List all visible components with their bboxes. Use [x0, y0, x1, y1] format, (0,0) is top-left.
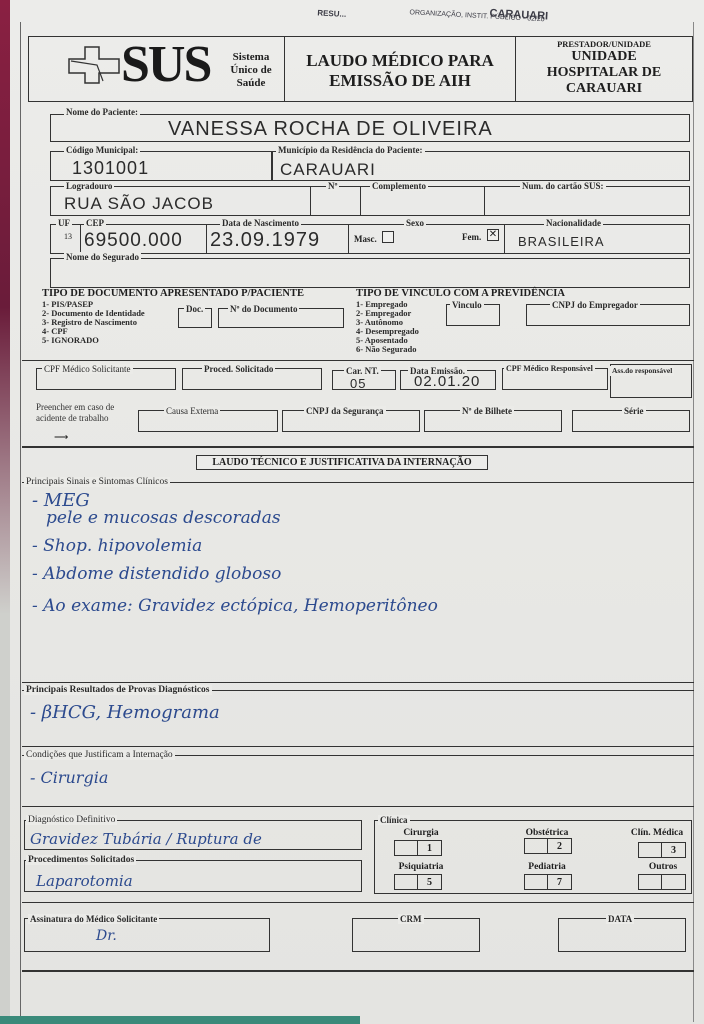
- birth-date-value[interactable]: 23.09.1979: [210, 229, 320, 252]
- clinical-sign-line: pele e mucosas descoradas: [46, 508, 281, 528]
- car-nt-value: 05: [350, 376, 366, 391]
- provider-unit: PRESTADOR/UNIDADE UNIDADE HOSPITALAR DE …: [516, 39, 692, 97]
- final-diagnosis-value: Gravidez Tubária / Ruptura de: [30, 830, 262, 848]
- clinic-label: Clínica: [378, 815, 410, 825]
- diagnostic-results-label: Principais Resultados de Provas Diagnóst…: [24, 685, 212, 695]
- background-edge: [0, 0, 10, 1024]
- series-label: Série: [622, 406, 646, 416]
- cpf-requesting-doctor-label: CPF Médico Solicitante: [42, 364, 133, 374]
- requested-procedures-value: Laparotomia: [36, 872, 133, 890]
- sex-male-label: Masc.: [354, 234, 377, 244]
- patient-name-label: Nome do Paciente:: [64, 107, 140, 117]
- stamp-line-3: RESU...: [317, 8, 346, 19]
- responsible-signature-label: Ass.do responsável: [610, 366, 674, 376]
- report-section-title: LAUDO TÉCNICO E JUSTIFICATIVA DA INTERNA…: [196, 455, 488, 470]
- clinic-psychiatry-box[interactable]: 5: [394, 874, 442, 890]
- arrow-right-icon: ⟶: [54, 432, 68, 443]
- sex-female-label: Fem.: [462, 232, 481, 242]
- cpf-responsible-doctor-label: CPF Médico Responsável: [504, 364, 595, 374]
- aih-form-paper: CARAUARI ORGANIZAÇÃO, INSTIT. PÚBLICO - …: [10, 0, 704, 1024]
- procedure-requested-label: Proced. Solicitado: [202, 364, 275, 374]
- justifying-conditions-value[interactable]: - Cirurgia: [30, 768, 108, 787]
- crm-label: CRM: [398, 914, 424, 924]
- doc-option: 5- IGNORADO: [42, 335, 99, 345]
- municipal-code-label: Código Municipal:: [64, 145, 140, 155]
- nationality-value[interactable]: BRASILEIRA: [518, 234, 605, 249]
- final-diagnosis-label: Diagnóstico Definitivo: [26, 815, 117, 825]
- insured-name-label: Nome do Segurado: [64, 252, 141, 262]
- street-label: Logradouro: [64, 181, 114, 191]
- clinic-obstetric-box[interactable]: 2: [524, 838, 572, 854]
- sex-male-checkbox[interactable]: [382, 231, 394, 243]
- employer-cnpj-label: CNPJ do Empregador: [550, 300, 640, 310]
- background-edge-bottom: [0, 1016, 360, 1024]
- clinical-signs-label: Principais Sinais e Sintomas Clínicos: [24, 477, 170, 487]
- work-accident-note: Preencher em caso de acidente de trabalh…: [36, 402, 114, 424]
- clinic-psychiatry-label: Psiquiatria: [386, 862, 456, 872]
- number-label: Nº: [326, 181, 339, 191]
- date-label: DATA: [606, 914, 634, 924]
- outer-border-right: [693, 22, 694, 1022]
- clinic-obstetric-label: Obstétrica: [512, 828, 582, 838]
- clinic-medical-label: Clín. Médica: [622, 828, 692, 838]
- municipality-value: CARAUARI: [280, 160, 376, 180]
- birth-date-label: Data de Nascimento: [220, 218, 301, 228]
- form-title: LAUDO MÉDICO PARA EMISSÃO DE AIH: [285, 51, 515, 91]
- clinical-signs-field[interactable]: - MEG pele e mucosas descoradas - Shop. …: [24, 488, 690, 678]
- municipal-code-value: 1301001: [72, 158, 149, 179]
- cep-value[interactable]: 69500.000: [84, 230, 183, 252]
- document-type-title: TIPO DE DOCUMENTO APRESENTADO P/PACIENTE: [42, 288, 304, 299]
- issue-date-value: 02.01.20: [414, 373, 480, 390]
- clinical-sign-line: - Ao exame: Gravidez ectópica, Hemoperit…: [32, 596, 438, 616]
- cep-label: CEP: [84, 218, 106, 228]
- sus-cross-icon: [67, 45, 123, 81]
- social-security-title: TIPO DE VINCULO COM A PREVIDÊNCIA: [356, 288, 565, 299]
- sus-subtitle: Sistema Único de Saúde: [229, 51, 273, 90]
- clinic-pediatrics-label: Pediatria: [512, 862, 582, 872]
- form-header: SUS Sistema Único de Saúde LAUDO MÉDICO …: [28, 36, 693, 102]
- car-nt-label: Car. NT.: [344, 366, 381, 376]
- clinical-sign-line: - Abdome distendido globoso: [32, 564, 281, 584]
- uf-label: UF: [56, 218, 72, 228]
- diagnostic-results-value[interactable]: - βHCG, Hemograma: [30, 702, 220, 723]
- sus-logo-text: SUS: [121, 35, 210, 94]
- clinic-pediatrics-box[interactable]: 7: [524, 874, 572, 890]
- sex-female-checkbox[interactable]: ✕: [487, 229, 499, 241]
- ticket-number-label: Nº de Bilhete: [460, 406, 514, 416]
- clinical-sign-line: - Shop. hipovolemia: [32, 536, 202, 556]
- link-type-label: Vinculo: [450, 300, 484, 310]
- justifying-conditions-label: Condições que Justificam a Internação: [24, 750, 175, 760]
- complement-label: Complemento: [370, 181, 428, 191]
- municipality-label: Município da Residência do Paciente:: [276, 145, 425, 155]
- requested-procedures-label: Procedimentos Solicitados: [26, 855, 136, 865]
- clinic-medical-box[interactable]: 3: [638, 842, 686, 858]
- uf-value: 13: [64, 232, 72, 241]
- patient-name-value: VANESSA ROCHA DE OLIVEIRA: [168, 118, 493, 141]
- street-value[interactable]: RUA SÃO JACOB: [64, 194, 214, 214]
- doctor-signature-label: Assinatura do Médico Solicitante: [28, 914, 159, 924]
- clinic-surgery-box[interactable]: 1: [394, 840, 442, 856]
- clinic-others-label: Outros: [628, 862, 698, 872]
- external-cause-label: Causa Externa: [164, 406, 220, 416]
- security-cnpj-label: CNPJ da Segurança: [304, 406, 386, 416]
- link-option: 6- Não Segurado: [356, 344, 416, 354]
- clinic-surgery-label: Cirurgia: [386, 828, 456, 838]
- sex-label: Sexo: [404, 218, 426, 228]
- sus-card-label: Num. do cartão SUS:: [520, 181, 606, 191]
- doctor-signature-value: Dr.: [96, 928, 117, 944]
- doc-type-label: Doc.: [184, 304, 205, 314]
- outer-border-left: [20, 22, 21, 1022]
- nationality-label: Nacionalidade: [544, 218, 603, 228]
- clinic-others-box[interactable]: [638, 874, 686, 890]
- insured-name-field[interactable]: [50, 258, 690, 288]
- doc-number-label: Nº do Documento: [228, 304, 299, 314]
